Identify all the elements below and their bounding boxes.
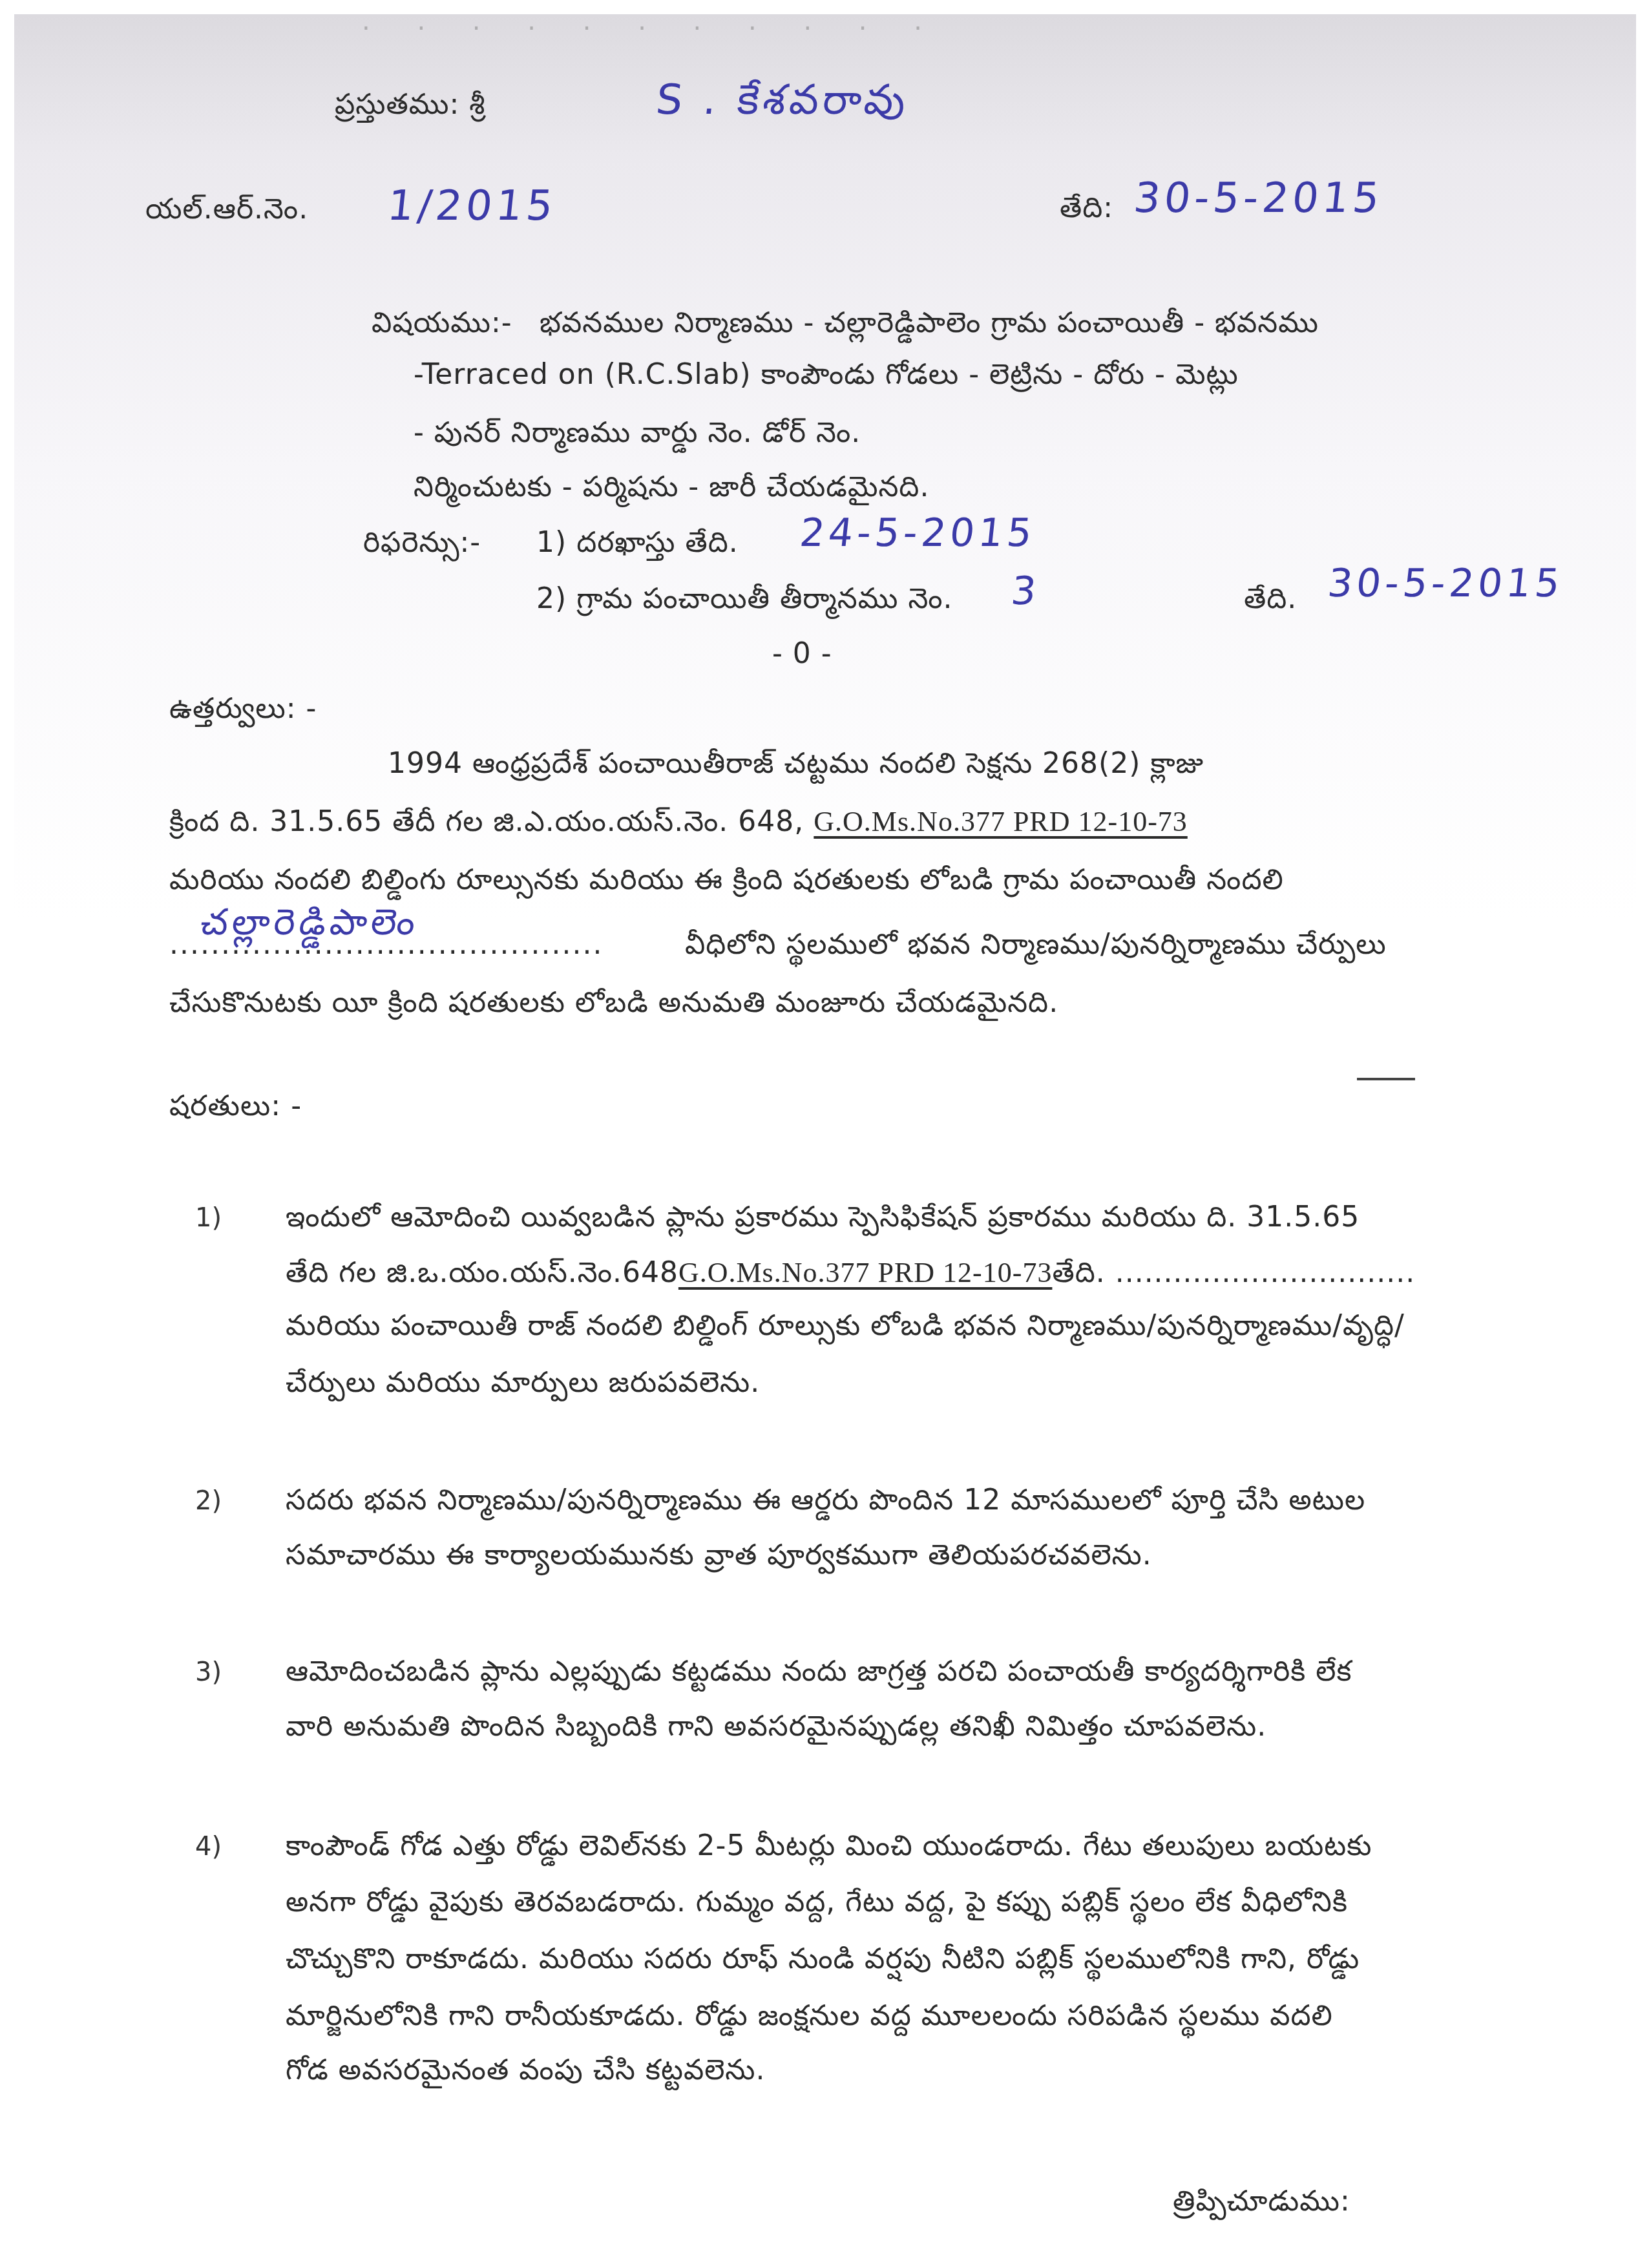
conditions-label: షరతులు: - [169, 1092, 302, 1120]
condition-1-line-2: తేది గల జి.ఒ.యం.యస్.నెం.648G.O.Ms.No.377… [286, 1259, 1415, 1287]
condition-4-number: 4) [195, 1832, 222, 1862]
scanned-page [14, 14, 1636, 2268]
subject-line-3: - పునర్ నిర్మాణము వార్డు నెం. డోర్ నెం. [414, 419, 861, 447]
subject-line-1: భవనముల నిర్మాణము - చల్లారెడ్డిపాలెం గ్రా… [540, 309, 1319, 337]
reference-2-date: 30-5-2015 [1325, 561, 1566, 606]
date-value: 30-5-2015 [1131, 174, 1385, 222]
presented-label: ప్రస్తుతము: శ్రీ [335, 90, 485, 119]
presented-name: S . కేశవరావు [653, 76, 912, 134]
condition-1-line-3: మరియు పంచాయితీ రాజ్ నందలి బిల్డింగ్ రూల్… [286, 1312, 1405, 1340]
reference-2-number: 3 [1009, 569, 1042, 614]
references-label: రిఫరెన్సు:- [363, 529, 481, 557]
subject-line-4: నిర్మించుటకు - పర్మిషను - జారీ చేయడమైనది… [414, 473, 929, 501]
condition-3-line-2: వారి అనుమతి పొందిన సిబ్బందికి గాని అవసరమ… [286, 1712, 1266, 1741]
condition-2-line-2: సమాచారము ఈ కార్యాలయమునకు వ్రాత పూర్వకముగ… [286, 1541, 1152, 1570]
date-label: తేది: [1060, 194, 1113, 222]
condition-1-line-1: ఇందులో ఆమోదించి యివ్వబడిన ప్లాను ప్రకారమ… [286, 1203, 1360, 1232]
please-turn-over: త్రిప్పిచూడుము: [1173, 2187, 1350, 2216]
reference-2: 2) గ్రామ పంచాయితీ తీర్మానము నెం. [536, 585, 953, 613]
condition-3-number: 3) [195, 1657, 222, 1687]
orders-label: ఉత్తర్వులు: - [169, 695, 317, 723]
condition-4-line-2: అనగా రోడ్డు వైపుకు తెరవబడరాదు. గుమ్మం వద… [286, 1888, 1348, 1916]
condition-2-line-1: సదరు భవన నిర్మాణము/పునర్నిర్మాణము ఈ ఆర్డ… [286, 1486, 1365, 1515]
orders-line-2-text: క్రింద ది. 31.5.65 తేదీ గల జి.ఎ.యం.యస్.న… [169, 805, 804, 838]
orders-line-5: చేసుకొనుటకు యీ క్రింది షరతులకు లోబడి అను… [169, 989, 1058, 1017]
condition-2-number: 2) [195, 1486, 222, 1516]
subject-label: విషయము:- [372, 309, 512, 337]
condition-1-go-reference: G.O.Ms.No.377 PRD 12-10-73 [678, 1257, 1052, 1288]
go-reference: G.O.Ms.No.377 PRD 12-10-73 [814, 806, 1187, 837]
condition-4-line-3: చొచ్చుకొని రాకూడదు. మరియు సదరు రూఫ్ నుండ… [286, 1945, 1360, 1973]
subject-line-2: -Terraced on (R.C.Slab) కాంపౌండు గోడలు -… [414, 361, 1239, 389]
lr-number-value: 1/2015 [385, 182, 559, 230]
condition-4-line-1: కాంపౌండ్ గోడ ఎత్తు రోడ్డు లెవిల్‌నకు 2-5… [286, 1832, 1372, 1860]
orders-line-2: క్రింద ది. 31.5.65 తేదీ గల జి.ఎ.యం.యస్.న… [169, 808, 1188, 836]
reference-1-date: 24-5-2015 [797, 510, 1038, 556]
street-name-handwritten: చల్లారెడ్డిపాలెం [198, 901, 421, 952]
reference-2-date-label: తేది. [1244, 585, 1297, 613]
condition-1-line-2-text: తేది గల జి.ఒ.యం.యస్.నెం.648 [286, 1256, 678, 1289]
separator: - 0 - [772, 640, 832, 668]
condition-4-line-5: గోడ అవసరమైనంత వంపు చేసి కట్టవలెను. [286, 2056, 765, 2084]
orders-line-4: వీధిలోని స్థలములో భవన నిర్మాణము/పునర్నిర… [685, 930, 1387, 959]
orders-line-1: 1994 ఆంధ్రప్రదేశ్ పంచాయితీరాజ్ చట్టము నం… [388, 750, 1204, 778]
condition-3-line-1: ఆమోదించబడిన ప్లాను ఎల్లప్పుడు కట్టడము నం… [286, 1657, 1352, 1686]
condition-1-line-4: చేర్పులు మరియు మార్పులు జరుపవలెను. [286, 1369, 760, 1397]
reference-1: 1) దరఖాస్తు తేది. [536, 529, 739, 557]
condition-1-number: 1) [195, 1203, 222, 1233]
top-bleed-text: · · · · · · · · · · · [362, 14, 941, 44]
ink-mark [1357, 1078, 1415, 1080]
orders-line-3: మరియు నందలి బిల్డింగు రూల్సునకు మరియు ఈ … [169, 866, 1284, 894]
lr-number-label: యల్.ఆర్.నెం. [145, 195, 308, 224]
condition-4-line-4: మార్జినులోనికి గాని రానీయకూడదు. రోడ్డు జ… [286, 2002, 1333, 2030]
condition-1-date-blank: తేది. ............................... [1052, 1256, 1415, 1289]
